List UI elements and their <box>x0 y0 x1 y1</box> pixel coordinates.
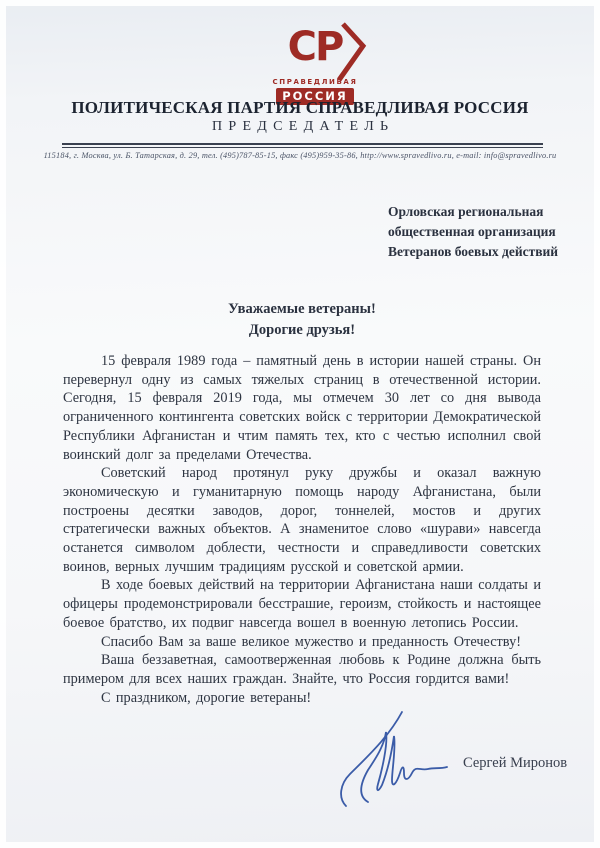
recipient-line: Орловская региональная <box>388 202 558 222</box>
party-title: ПОЛИТИЧЕСКАЯ ПАРТИЯ СПРАВЕДЛИВАЯ РОССИЯ <box>0 98 600 118</box>
logo-letters: СР <box>288 24 343 70</box>
recipient-line: Ветеранов боевых действий <box>388 242 558 262</box>
paragraph: Спасибо Вам за ваше великое мужество и п… <box>63 633 541 652</box>
letter-body: 15 февраля 1989 года – памятный день в и… <box>63 352 541 707</box>
greeting-line: Уважаемые ветераны! <box>63 299 541 320</box>
logo-chevron-icon <box>336 22 368 84</box>
paragraph: Ваша беззаветная, самоотверженная любовь… <box>63 651 541 688</box>
recipient-line: общественная организация <box>388 222 558 242</box>
paragraph: В ходе боевых действий на территории Афг… <box>63 576 541 632</box>
recipient-block: Орловская региональная общественная орга… <box>388 202 558 262</box>
signer-name: Сергей Миронов <box>463 755 567 772</box>
greeting-block: Уважаемые ветераны! Дорогие друзья! <box>63 299 541 341</box>
logo-mark: СР <box>288 25 343 71</box>
paragraph: Советский народ протянул руку дружбы и о… <box>63 464 541 576</box>
letter-page: СР СПРАВЕДЛИВАЯ РОССИЯ ПОЛИТИЧЕСКАЯ ПАРТ… <box>0 0 600 848</box>
greeting-line: Дорогие друзья! <box>63 320 541 341</box>
position-title: ПРЕДСЕДАТЕЛЬ <box>0 119 600 135</box>
paragraph: С праздником, дорогие ветераны! <box>63 689 541 708</box>
party-logo: СР СПРАВЕДЛИВАЯ РОССИЯ <box>15 25 600 105</box>
header-divider <box>62 143 543 148</box>
signature-ink <box>336 708 468 812</box>
contacts-line: 115184, г. Москва, ул. Б. Татарская, д. … <box>28 151 572 160</box>
paragraph: 15 февраля 1989 года – памятный день в и… <box>63 352 541 464</box>
